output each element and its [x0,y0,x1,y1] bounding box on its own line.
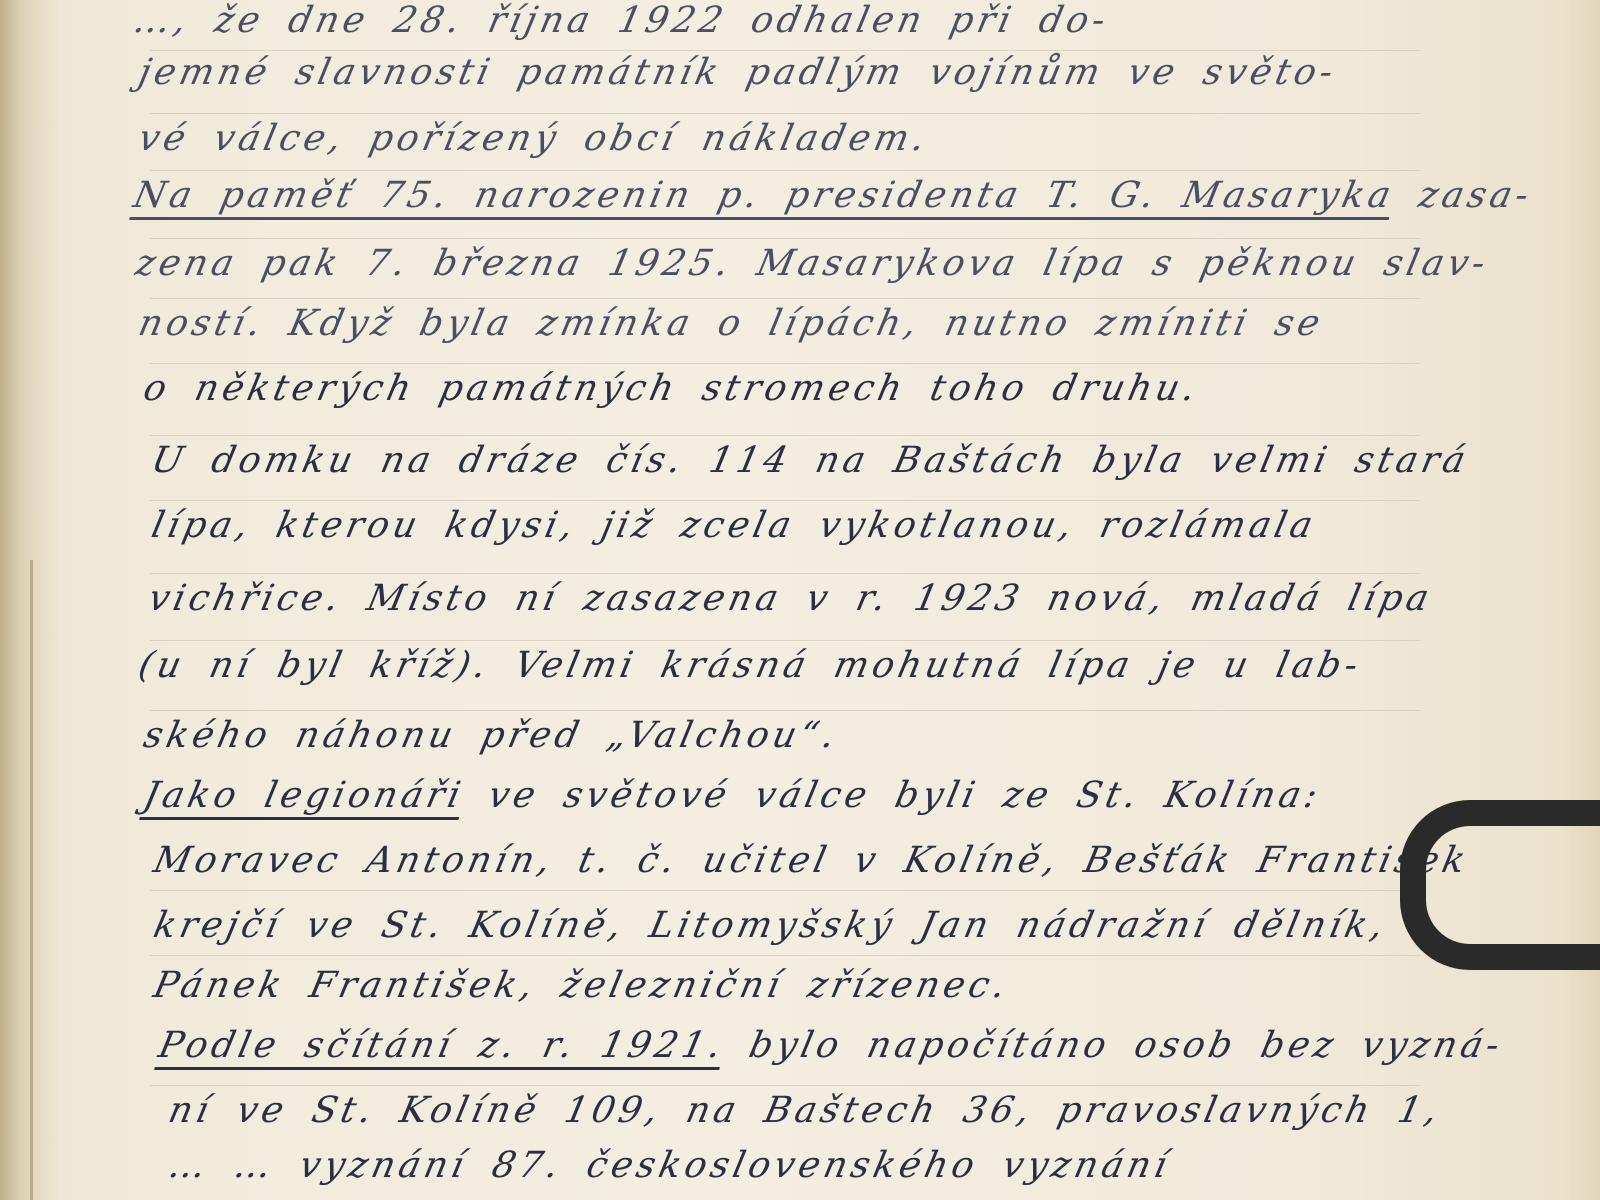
section-heading-masaryk: Na paměť 75. narozenin p. presidenta T. … [130,175,1536,216]
heading-underlined-text: Podle sčítání z. r. 1921. [155,1025,729,1066]
text-line: … … vyznání 87. československého vyznání [165,1145,1175,1186]
chronicle-page: …, že dne 28. října 1922 odhalen při do-… [0,0,1600,1200]
heading-rest-text: ve světové válce byli ze St. Kolína: [459,775,1325,816]
heading-underlined-text: Na paměť 75. narozenin p. presidenta T. … [130,175,1398,216]
ruled-line [150,170,1420,171]
text-line: jemné slavnosti památník padlým vojínům … [135,52,1340,93]
text-line: Moravec Antonín, t. č. učitel v Kolíně, … [150,840,1473,881]
ruled-line [150,1085,1420,1086]
text-line: Pánek František, železniční zřízenec. [150,965,1013,1006]
text-line: krejčí ve St. Kolíně, Litomyšský Jan nád… [150,905,1391,946]
ruled-line [150,500,1420,501]
ruled-line [150,298,1420,299]
ruled-line [150,435,1420,436]
ruled-line [150,890,1420,891]
heading-rest-text: bylo napočítáno osob bez vyzná- [720,1025,1507,1066]
text-line: vé válce, pořízený obcí nákladem. [135,118,932,159]
bookmark-cord [1400,800,1600,970]
section-heading-census: Podle sčítání z. r. 1921. bylo napočítán… [155,1025,1507,1066]
text-line: lípa, kterou kdysi, již zcela vykotlanou… [148,505,1320,546]
text-line: U domku na dráze čís. 114 na Baštách byl… [148,440,1473,481]
ruled-line [150,50,1420,51]
ruled-line [150,640,1420,641]
text-line: zena pak 7. března 1925. Masarykova lípa… [132,243,1493,284]
text-line: ností. Když byla zmínka o lípách, nutno … [135,303,1327,344]
ruled-line [150,573,1420,574]
text-line: …, že dne 28. října 1922 odhalen při do- [130,0,1113,41]
text-line: vichřice. Místo ní zasazena v r. 1923 no… [145,578,1436,619]
ruled-line [150,238,1420,239]
section-heading-legionnaires: Jako legionáři ve světové válce byli ze … [140,775,1325,816]
ruled-line [150,363,1420,364]
ruled-line [150,955,1420,956]
heading-underlined-text: Jako legionáři [140,775,468,816]
ruled-line [150,710,1420,711]
text-line: ní ve St. Kolíně 109, na Baštech 36, pra… [165,1090,1445,1131]
heading-rest-text: zasa- [1390,175,1537,216]
text-line: ského náhonu před „Valchou“. [140,715,842,756]
text-line: (u ní byl kříž). Velmi krásná mohutná lí… [135,645,1365,686]
text-line: o některých památných stromech toho druh… [140,368,1203,409]
ruled-line [150,113,1420,114]
